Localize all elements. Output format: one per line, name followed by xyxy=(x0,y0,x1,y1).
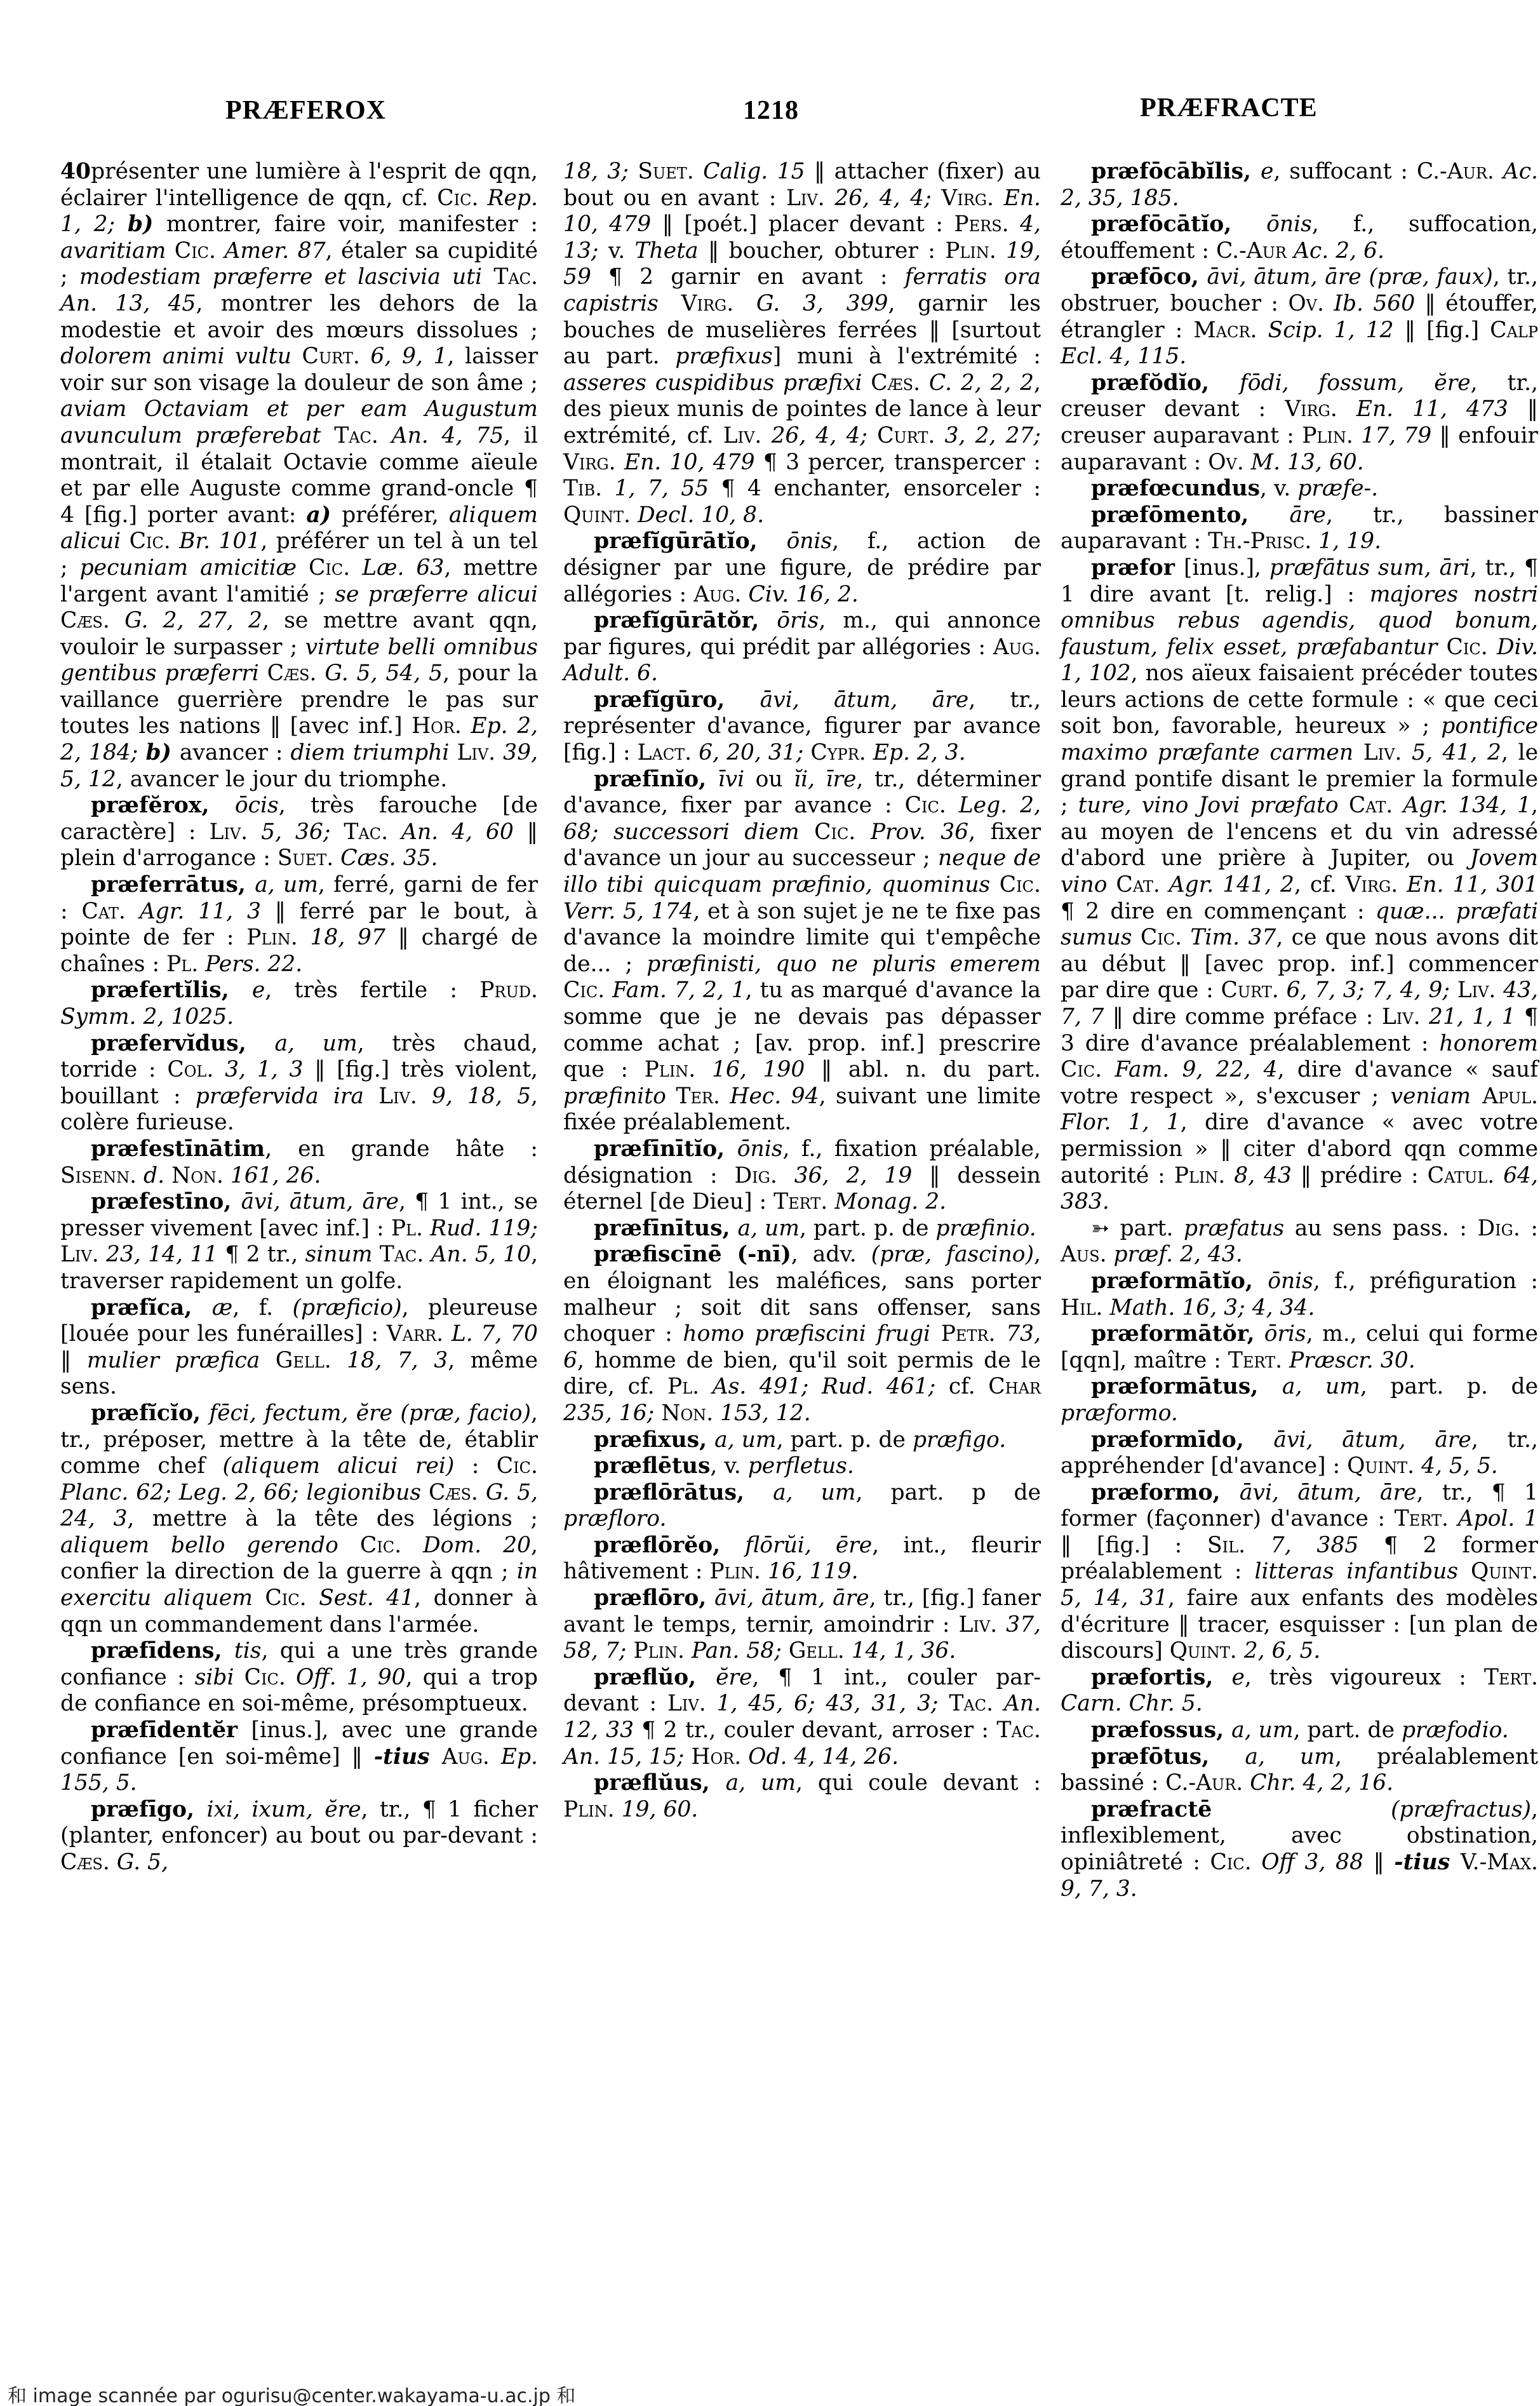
entry-text: ōnis xyxy=(786,528,832,554)
entry-text: ‖ [poét.] placer devant : xyxy=(651,212,954,237)
entry-text: 14, 1, 36. xyxy=(852,1638,956,1663)
entry-text: An. 13, 45 xyxy=(60,291,196,316)
entry-text: āvi, ātum, āre xyxy=(714,1585,869,1611)
entry-text: Monag. 2. xyxy=(834,1189,946,1214)
entry-text: Liv. xyxy=(378,1084,432,1109)
entry-text: Curt. xyxy=(1221,978,1286,1003)
entry-text: 6, 7, 3; 7, 4, 9; xyxy=(1286,978,1457,1003)
entry-text: Liv. xyxy=(667,1691,717,1716)
entry-text: Aug. xyxy=(993,635,1041,660)
entry-headword: præfractē xyxy=(1091,1797,1391,1822)
entry-text: Liv. xyxy=(209,819,261,845)
entry-text: a, um xyxy=(255,872,318,897)
entry-text: perfletus. xyxy=(748,1453,854,1479)
entry-text: , en grande hâte : xyxy=(265,1136,538,1162)
dictionary-entry: præfōtus, a, um, préalablement bassiné :… xyxy=(1061,1744,1538,1797)
entry-text: C.-Aur. xyxy=(1417,159,1503,184)
entry-text: a, um xyxy=(274,1031,357,1056)
entry-text: Virg. xyxy=(563,450,624,475)
entry-text: ‖ abl. n. du part. xyxy=(805,1057,1041,1082)
entry-text: Agr. 11, 3 xyxy=(140,899,261,924)
entry-headword: præfortis, xyxy=(1091,1665,1231,1690)
entry-text: G. 5, xyxy=(117,1850,168,1875)
entry-text: mulier præfica xyxy=(87,1348,276,1373)
entry-text: An. 15, 15; xyxy=(563,1744,691,1770)
entry-headword: præfestīno, xyxy=(91,1189,241,1214)
entry-text: Ep. 2, 3. xyxy=(873,740,966,765)
entry-text: : xyxy=(1530,1216,1538,1241)
entry-text: 36, 2, 19 xyxy=(794,1163,913,1188)
entry-text: Cæs. xyxy=(60,608,124,633)
entry-text: ¶ 4 enchanter, ensorceler : xyxy=(709,476,1041,501)
entry-text: flōrŭi, ēre xyxy=(745,1533,872,1558)
entry-text: (præficio) xyxy=(293,1295,402,1321)
entry-text: Fam. 7, 2, 1 xyxy=(612,978,745,1003)
entry-text: Cic. xyxy=(905,793,959,818)
entry-text: e xyxy=(1231,1665,1244,1690)
entry-text: ¶ 2 garnir en avant : xyxy=(591,264,905,290)
entry-text: 18, 7, 3 xyxy=(347,1348,448,1373)
entry-text: Cæs. 35. xyxy=(340,845,438,871)
dictionary-entry: præformīdo, āvi, ātum, āre, tr., appréhe… xyxy=(1061,1427,1538,1480)
entry-text: [inus.], xyxy=(1184,555,1269,581)
entry-text: Sest. 41 xyxy=(319,1585,414,1611)
entry-text: 23, 14, 11 xyxy=(106,1242,218,1267)
entry-headword: præfōmento, xyxy=(1091,502,1290,528)
entry-text: Virg. xyxy=(1346,872,1407,897)
entry-text: īvi xyxy=(718,767,756,792)
entry-text: Plin. xyxy=(246,925,310,950)
dictionary-entry: præfractē (præfractus), inflexiblement, … xyxy=(1061,1797,1538,1902)
entry-text: 3, 2, 27; xyxy=(944,423,1041,448)
entry-text: Cæs. xyxy=(871,370,929,396)
entry-text: āvi, ātum, āre (præ, faux) xyxy=(1207,264,1493,290)
entry-headword: præflōrĕo, xyxy=(594,1533,745,1558)
entry-text: 9, 18, 5 xyxy=(432,1084,531,1109)
entry-text: Chr. 4, 2, 16. xyxy=(1250,1770,1393,1796)
entry-text: Hil. xyxy=(1061,1295,1109,1321)
dictionary-entry: præferrātus, a, um, ferré, garni de fer … xyxy=(60,872,538,978)
entry-text: , mettre à la tête des légions ; xyxy=(127,1506,538,1531)
entry-text: Ter. xyxy=(676,1084,730,1109)
dictionary-entry: præfiscīnē (-nī), adv. (præ, fascino), e… xyxy=(563,1242,1041,1427)
entry-text: a, um xyxy=(1231,1717,1293,1743)
dictionary-entry: 40présenter une lumière à l'esprit de qq… xyxy=(60,159,538,793)
entry-text: præfatus xyxy=(1184,1216,1295,1241)
dictionary-entry: præfōcābĭlis, e, suffocant : C.-Aur. Ac.… xyxy=(1061,159,1538,212)
entry-headword: præfĭgūrātŏr, xyxy=(594,608,777,633)
entry-text: Col. xyxy=(167,1057,225,1082)
entry-text: Aug. xyxy=(442,1744,501,1770)
entry-text: ‖ prédire : xyxy=(1292,1163,1428,1188)
entry-text: V.-Max. xyxy=(1461,1850,1538,1875)
entry-headword: præfervĭdus, xyxy=(91,1031,274,1056)
entry-text: Sil. xyxy=(1207,1533,1271,1558)
entry-text: veniam xyxy=(1391,1084,1483,1109)
dictionary-entry: præformātus, a, um, part. p. de præformo… xyxy=(1061,1374,1538,1427)
dictionary-entry: præformātĭo, ōnis, f., préfiguration : H… xyxy=(1061,1268,1538,1321)
dictionary-entry: præfŏdĭo, fōdi, fossum, ĕre, tr., creuse… xyxy=(1061,370,1538,476)
dictionary-entry: præflŭus, a, um, qui coule devant : Plin… xyxy=(563,1770,1041,1823)
entry-text: Cic. xyxy=(360,1533,423,1558)
entry-text: 1, 7, 55 xyxy=(615,476,709,501)
entry-text: , cf. xyxy=(1294,872,1346,897)
entry-text: Hec. 94 xyxy=(730,1084,819,1109)
entry-text: dolorem animi vultu xyxy=(60,344,302,369)
entry-text: Sisenn. xyxy=(60,1163,144,1188)
entry-text: Pers. 22. xyxy=(205,951,302,977)
entry-text: 16, 190 xyxy=(712,1057,805,1082)
entry-text: Calig. 15 xyxy=(703,159,805,184)
entry-text: homo præfiscini frugi xyxy=(683,1321,941,1347)
entry-text: , v. xyxy=(1260,476,1297,501)
entry-text: : xyxy=(472,1453,497,1479)
entry-text: ōnis xyxy=(1266,212,1312,237)
entry-text: Cic. xyxy=(1210,1850,1262,1875)
entry-text: Suet. xyxy=(278,845,340,871)
entry-text: Rud. 119; xyxy=(430,1216,538,1241)
entry-text: āre xyxy=(1290,502,1326,528)
entry-text: Liv. xyxy=(60,1242,106,1267)
entry-text: ‖ xyxy=(1363,1850,1394,1875)
entry-text: G. 2, 27, 2 xyxy=(124,608,262,633)
entry-text: e xyxy=(1261,159,1273,184)
entry-headword: præfĭgūro, xyxy=(594,687,760,713)
entry-text: ¶ 2 tr., xyxy=(218,1242,305,1267)
entry-text: Ov. xyxy=(1288,291,1334,316)
entry-text: sinum xyxy=(305,1242,380,1267)
entry-text: præfigo. xyxy=(913,1427,1006,1453)
entry-text: Suet. xyxy=(638,159,703,184)
entry-text: Amer. 87 xyxy=(224,238,325,264)
entry-text: Tac. xyxy=(344,819,401,845)
dictionary-entry: præfixus, a, um, part. p. de præfigo. xyxy=(563,1427,1041,1454)
entry-text: Plin. xyxy=(633,1638,692,1663)
entry-text: 21, 1, 1 xyxy=(1429,1004,1516,1030)
dictionary-entry: præfīdentĕr [inus.], avec une grande con… xyxy=(60,1717,538,1797)
dictionary-entry: præfœcundus, v. præfe-. xyxy=(1061,476,1538,502)
entry-text: Decl. 10, 8. xyxy=(638,502,764,528)
entry-text: Aug. xyxy=(693,582,748,607)
entry-text: ‖ xyxy=(60,1348,87,1373)
entry-text: 6, 9, 1 xyxy=(370,344,447,369)
entry-text: En. 11, 301 xyxy=(1407,872,1538,897)
entry-text: 17, 79 xyxy=(1361,423,1431,448)
entry-text: C.-Aur xyxy=(1216,238,1294,264)
dictionary-entry: præfervĭdus, a, um, très chaud, torride … xyxy=(60,1031,538,1136)
column-3: præfōcābĭlis, e, suffocant : C.-Aur. Ac.… xyxy=(1061,159,1538,1902)
entry-text: modestiam præferre et lascivia uti xyxy=(79,264,494,290)
entry-text: Ov. xyxy=(1208,450,1251,475)
entry-text: a, um xyxy=(1282,1374,1360,1399)
entry-text: 18, 97 xyxy=(310,925,385,950)
entry-text: G. 3, 399 xyxy=(756,291,888,316)
dictionary-entry: præfīdens, tis, qui a une très grande co… xyxy=(60,1638,538,1717)
entry-headword: præfor xyxy=(1091,555,1184,581)
page-number: 1218 xyxy=(743,95,799,126)
entry-text: Agr. 141, 2 xyxy=(1169,872,1294,897)
entry-text: a, um xyxy=(773,1480,855,1505)
entry-text: Dig. xyxy=(735,1163,794,1188)
entry-text: Ecl. 4, 115. xyxy=(1061,344,1186,369)
entry-text: Ib. 560 xyxy=(1334,291,1415,316)
entry-text: b) xyxy=(128,212,166,237)
guide-word-right: PRÆFRACTE xyxy=(1140,93,1318,123)
entry-text: M. 13, 60. xyxy=(1251,450,1364,475)
entry-text: Tim. 37 xyxy=(1190,925,1276,950)
entry-headword: præflŭo, xyxy=(594,1665,716,1690)
entry-text: Theta xyxy=(635,238,699,264)
entry-text: Non. xyxy=(661,1401,720,1426)
entry-text: a, um xyxy=(1245,1744,1335,1770)
entry-text: sibi xyxy=(195,1665,244,1690)
entry-text: Cat. xyxy=(81,899,139,924)
entry-text: diem triumphi xyxy=(291,740,457,765)
entry-text: 19, 60. xyxy=(622,1797,699,1822)
entry-text: Catul. xyxy=(1428,1163,1503,1188)
entry-text: Tert. xyxy=(1228,1348,1289,1373)
dictionary-entry: præfōmento, āre, tr., bassiner auparavan… xyxy=(1061,502,1538,555)
entry-text: Lact. xyxy=(638,740,699,765)
entry-text: Math. 16, 3; 4, 34. xyxy=(1109,1295,1315,1321)
entry-text: Fam. 9, 22, 4 xyxy=(1115,1057,1277,1082)
entry-text: 9, 7, 3. xyxy=(1061,1876,1137,1902)
entry-text: præformo. xyxy=(1061,1401,1178,1426)
entry-text: Non. xyxy=(171,1163,231,1188)
dictionary-entry: præfor [inus.], præfātus sum, āri, tr., … xyxy=(1061,555,1538,1216)
entry-text: ➳ part. xyxy=(1091,1216,1184,1241)
entry-headword: præfixus, xyxy=(594,1427,714,1453)
entry-text: Hor. xyxy=(691,1744,748,1770)
entry-text: Gell. xyxy=(276,1348,347,1373)
entry-text: præfervida ira xyxy=(196,1084,378,1109)
entry-text: Cat. xyxy=(1349,793,1403,818)
dictionary-entry: præfĭgūrātŏr, ōris, m., qui annonce par … xyxy=(563,608,1041,687)
entry-text: a) xyxy=(306,502,342,528)
entry-text: Quint. xyxy=(1347,1453,1421,1479)
entry-text: præfixus xyxy=(675,344,772,369)
entry-headword: præferrātus, xyxy=(91,872,255,897)
entry-text: , part. de xyxy=(1294,1717,1402,1743)
entry-text: āvi, ātum, āre xyxy=(241,1189,399,1214)
entry-text: Cic. xyxy=(1447,635,1497,660)
entry-text: 235, 16; xyxy=(563,1401,661,1426)
dictionary-entry: præfortis, e, très vigoureux : Tert. Car… xyxy=(1061,1665,1538,1717)
entry-text: avaritiam xyxy=(60,238,175,264)
column-2: 18, 3; Suet. Calig. 15 ‖ attacher (fixer… xyxy=(563,159,1041,1823)
entry-text: Petr. xyxy=(941,1321,1006,1347)
entry-text: , très fertile : xyxy=(265,978,479,1003)
entry-headword: præfiscīnē (-nī) xyxy=(594,1242,791,1267)
entry-text: Prov. 36 xyxy=(871,819,968,845)
entry-text: Cæs. xyxy=(429,1480,486,1505)
entry-headword: præfīgo, xyxy=(91,1797,207,1822)
entry-text: , avancer le jour du triomphe. xyxy=(116,767,447,792)
entry-text: Flor. 1, 1 xyxy=(1061,1110,1181,1135)
entry-text: æ xyxy=(212,1295,232,1321)
entry-text: , part. p de xyxy=(856,1480,1041,1505)
entry-text: Varr. xyxy=(387,1321,452,1347)
entry-text: Liv. xyxy=(1363,740,1412,765)
entry-text: 2, 6, 5. xyxy=(1244,1638,1321,1663)
entry-text: Virg. xyxy=(941,185,1003,211)
entry-text: 26, 4, 4; xyxy=(771,423,877,448)
dictionary-entry: præformo, āvi, ātum, āre, tr., ¶ 1 forme… xyxy=(1061,1480,1538,1665)
entry-text: Quint. xyxy=(563,502,638,528)
entry-text: , part. p. de xyxy=(800,1216,935,1241)
entry-text: Tert. xyxy=(1484,1665,1538,1690)
entry-text: Cic. xyxy=(1141,925,1191,950)
entry-headword: præformātĭo, xyxy=(1091,1268,1268,1294)
entry-text: Cic. xyxy=(265,1585,319,1611)
dictionary-entry: præflōro, āvi, ātum, āre, tr., [fig.] fa… xyxy=(563,1585,1041,1665)
entry-text: Aus. xyxy=(1061,1242,1114,1267)
entry-text: Agr. 134, 1 xyxy=(1403,793,1531,818)
scan-credit-footer: 和 image scannée par ogurisu@center.wakay… xyxy=(8,2380,575,2406)
entry-text: d. xyxy=(144,1163,171,1188)
entry-text: Tac. xyxy=(996,1717,1041,1743)
entry-text: , qui coule devant : xyxy=(796,1770,1041,1796)
entry-text: avancer : xyxy=(180,740,291,765)
dictionary-entry: præflētus, v. perfletus. xyxy=(563,1453,1041,1480)
dictionary-entry: præfōco, āvi, ātum, āre (præ, faux), tr.… xyxy=(1061,264,1538,370)
entry-text: 153, 12. xyxy=(720,1401,811,1426)
entry-text: Plin. xyxy=(709,1559,768,1584)
entry-text: cf. xyxy=(949,1374,988,1399)
entry-text: Cæs. xyxy=(267,661,325,686)
entry-text: Quint. xyxy=(1170,1638,1244,1663)
entry-text: v. xyxy=(608,238,635,264)
entry-headword: præfīnītus, xyxy=(594,1216,738,1241)
entry-headword: præfertĭlis, xyxy=(91,978,252,1003)
entry-headword: præfōtus, xyxy=(1091,1744,1245,1770)
entry-text: Planc. 62; Leg. 2, 66; legionibus xyxy=(60,1480,429,1505)
entry-text: Od. 4, 14, 26. xyxy=(748,1744,899,1770)
entry-text: ixi, ixum, ĕre xyxy=(207,1797,361,1822)
entry-text: Liv. xyxy=(1457,978,1503,1003)
entry-text: Cic. xyxy=(130,528,180,554)
entry-text: ¶ 3 percer, transpercer : xyxy=(755,450,1041,475)
entry-text: ‖ dire comme préface : xyxy=(1104,1004,1382,1030)
dictionary-entry: ➳ part. præfatus au sens pass. : Dig. : … xyxy=(1061,1216,1538,1268)
entry-text: , suffocant : xyxy=(1273,159,1417,184)
entry-text: Gell. xyxy=(789,1638,852,1663)
entry-text: montrer, faire voir, manifester : xyxy=(166,212,538,237)
entry-text: (præfractus) xyxy=(1391,1797,1531,1822)
entry-text: Char xyxy=(988,1374,1041,1399)
entry-text: Plin. xyxy=(645,1057,712,1082)
entry-text: -tius xyxy=(1394,1850,1460,1875)
entry-text: Pers. xyxy=(954,212,1020,237)
entry-text: a, um xyxy=(726,1770,796,1796)
entry-headword: præfossus, xyxy=(1091,1717,1231,1743)
entry-headword: præfōcābĭlis, xyxy=(1091,159,1261,184)
entry-headword: præformātus, xyxy=(1091,1374,1282,1399)
entry-text: , part. p. de xyxy=(1360,1374,1538,1399)
entry-text: Liv. xyxy=(457,740,503,765)
entry-text: ōris xyxy=(777,608,819,633)
entry-headword: præfīnītĭo, xyxy=(594,1136,737,1162)
entry-headword: præfīdentĕr xyxy=(91,1717,251,1743)
entry-text: Plin. xyxy=(1174,1163,1235,1188)
entry-text: Curt. xyxy=(877,423,944,448)
entry-text: En. 11, 473 xyxy=(1356,396,1508,422)
entry-text: Civ. 16, 2. xyxy=(748,582,859,607)
guide-word-left: PRÆFEROX xyxy=(225,95,386,126)
entry-headword: præfĭca, xyxy=(91,1295,212,1321)
entry-headword: præfīnĭo, xyxy=(594,767,718,792)
entry-text: Virg. xyxy=(681,291,756,316)
entry-text: Cic. xyxy=(497,1453,538,1479)
entry-text: ¶ 2 dire en commençant : xyxy=(1061,899,1376,924)
entry-text: Tib. xyxy=(563,476,615,501)
entry-text: An. 5, 10 xyxy=(431,1242,531,1267)
dictionary-entry: præfīnĭo, īvi ou ĭi, īre, tr., détermine… xyxy=(563,767,1041,1136)
entry-text: Scip. 1, 12 xyxy=(1268,318,1394,343)
entry-text: Cic. xyxy=(309,555,362,581)
entry-text: Symm. 2, 1025. xyxy=(60,1004,234,1030)
entry-text: Adult. 6. xyxy=(563,661,658,686)
entry-headword: præformīdo, xyxy=(1091,1427,1274,1453)
entry-text: Macr. xyxy=(1193,318,1268,343)
entry-text: ‖ [fig.] xyxy=(1394,318,1490,343)
entry-text: ¶ 2 tr., couler devant, arroser : xyxy=(634,1717,996,1743)
entry-text: 1, 45, 6; 43, 31, 3; xyxy=(717,1691,949,1716)
dictionary-entry: præfĭgūrātĭo, ōnis, f., action de désign… xyxy=(563,528,1041,608)
entry-text: (præ, fascino) xyxy=(871,1242,1034,1267)
entry-text: Cat. xyxy=(1116,872,1168,897)
entry-text: Plin. xyxy=(563,1797,622,1822)
entry-text: litteras infantibus xyxy=(1254,1559,1471,1584)
entry-text: præfodio. xyxy=(1402,1717,1509,1743)
dictionary-entry: præfĭgūro, āvi, ātum, āre, tr., représen… xyxy=(563,687,1041,767)
entry-text: Cæs. xyxy=(60,1850,117,1875)
entry-headword: præfœcundus xyxy=(1091,476,1260,501)
entry-text: Plin. xyxy=(945,238,1006,264)
entry-text: Tac. xyxy=(949,1691,1004,1716)
entry-text: 8, 43 xyxy=(1234,1163,1292,1188)
entry-text: L. 7, 70 xyxy=(452,1321,538,1347)
entry-text: pecuniam amicitiæ xyxy=(80,555,309,581)
dictionary-entry: præfĭcĭo, fēci, fectum, ĕre (præ, facio)… xyxy=(60,1401,538,1638)
entry-text: Br. 101 xyxy=(179,528,260,554)
entry-text: Cypr. xyxy=(810,740,873,765)
entry-headword: præflōrātus, xyxy=(594,1480,773,1505)
entry-text: Off. 1, 90 xyxy=(296,1665,406,1690)
entry-text: G. 5, 54, 5 xyxy=(325,661,443,686)
entry-headword: præfĕrox, xyxy=(91,793,235,818)
entry-text: Liv. xyxy=(958,1612,1006,1637)
dictionary-entry: 18, 3; Suet. Calig. 15 ‖ attacher (fixer… xyxy=(563,159,1041,528)
entry-text: An. 4, 75 xyxy=(392,423,504,448)
entry-text: , f. xyxy=(232,1295,292,1321)
entry-text: ōnis xyxy=(737,1136,783,1162)
entry-text: āvi, ātum, āre xyxy=(1274,1427,1471,1453)
entry-text: C. 2, 2, 2 xyxy=(929,370,1034,396)
entry-headword: præfōcātĭo, xyxy=(1091,212,1266,237)
entry-headword: præflŭus, xyxy=(594,1770,726,1796)
entry-text: Pan. 58; xyxy=(692,1638,789,1663)
entry-text: præfinito xyxy=(563,1084,676,1109)
entry-text: Plin. xyxy=(1302,423,1361,448)
dictionary-entry: præformātŏr, ōris, m., celui qui forme [… xyxy=(1061,1321,1538,1374)
entry-headword: præfōco, xyxy=(1091,264,1207,290)
entry-text: fōdi, fossum, ĕre xyxy=(1240,370,1471,396)
entry-headword: præformo, xyxy=(1091,1480,1240,1505)
entry-text: Dig. xyxy=(1478,1216,1531,1241)
entry-text: 161, 26. xyxy=(231,1163,321,1188)
column-1: 40présenter une lumière à l'esprit de qq… xyxy=(60,159,538,1876)
